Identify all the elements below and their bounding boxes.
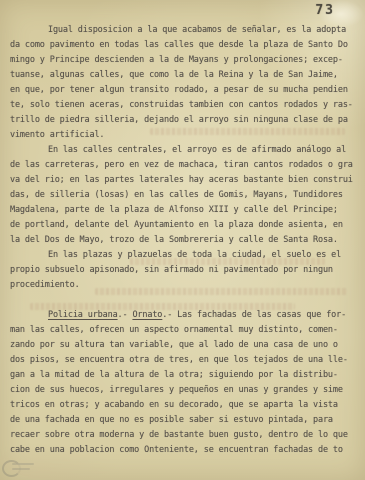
text-line: trillo de piedra silleria, dejando el ar…	[10, 113, 359, 128]
text-segment: .-	[118, 310, 133, 320]
text-line: te, solo tienen aceras, construidas tamb…	[10, 98, 359, 113]
text-line: En las plazas y plazuelas de toda la ciu…	[10, 248, 359, 263]
text-segment: .- Las fachadas de las casas que for-	[162, 310, 346, 320]
text-line: la del Dos de Mayo, trozo de la Sombrere…	[10, 233, 359, 248]
text-line: da como pavimento en todas las calles qu…	[10, 38, 359, 53]
faded-circular-stamp-icon	[0, 458, 40, 476]
text-line: de una fachada en que no es posible sabe…	[10, 413, 359, 428]
paragraph-calles-centrales: En las calles centrales, el arroyo es de…	[10, 143, 359, 248]
text-line: mingo y Principe descienden a la de Maya…	[10, 53, 359, 68]
text-line: das, de silleria (losas) en las calles d…	[10, 188, 359, 203]
text-line: cion de sus huecos, irregulares y pequeñ…	[10, 383, 359, 398]
text-body: Igual disposicion a la que acabamos de s…	[10, 23, 359, 458]
text-line: Igual disposicion a la que acabamos de s…	[10, 23, 359, 38]
text-line: zando por su altura tan variable, que al…	[10, 338, 359, 353]
text-line: propio subsuelo apisonado, sin afirmado …	[10, 263, 359, 278]
text-line: gan a la mitad de la altura de la otra; …	[10, 368, 359, 383]
paragraph-policia-urbana-ornato: Policia urbana.- Ornato.- Las fachadas d…	[10, 308, 359, 458]
paragraph-plazas: En las plazas y plazuelas de toda la ciu…	[10, 248, 359, 293]
document-page: 73 Igual disposicion a la que acabamos d…	[0, 0, 365, 480]
text-line: vimento artificial.	[10, 128, 359, 143]
text-line: tuanse, algunas calles, que como la de l…	[10, 68, 359, 83]
underlined-heading-term: Policia urbana	[48, 310, 118, 320]
text-line: cabe en una poblacion como Onteniente, s…	[10, 443, 359, 458]
page-number: 73	[315, 3, 335, 18]
text-line: de portland, delante del Ayuntamiento en…	[10, 218, 359, 233]
text-line: de las carreteras, pero en vez de machac…	[10, 158, 359, 173]
paragraph-pavimento-calles: Igual disposicion a la que acabamos de s…	[10, 23, 359, 143]
text-line: dos pisos, se encuentra otra de tres, en…	[10, 353, 359, 368]
text-line: procedimiento.	[10, 278, 359, 293]
text-line: Policia urbana.- Ornato.- Las fachadas d…	[10, 308, 359, 323]
text-line: recaer sobre otra moderna y de bastante …	[10, 428, 359, 443]
text-line: Magdalena, parte de la plaza de Alfonso …	[10, 203, 359, 218]
text-line: tricos en otras; y acabando en su decora…	[10, 398, 359, 413]
text-line: en que, por tener algun transito rodado,…	[10, 83, 359, 98]
text-line: va del rio; en las partes laterales hay …	[10, 173, 359, 188]
text-line: En las calles centrales, el arroyo es de…	[10, 143, 359, 158]
underlined-heading-term: Ornato	[132, 310, 162, 320]
text-line: man las calles, ofrecen un aspecto ornam…	[10, 323, 359, 338]
